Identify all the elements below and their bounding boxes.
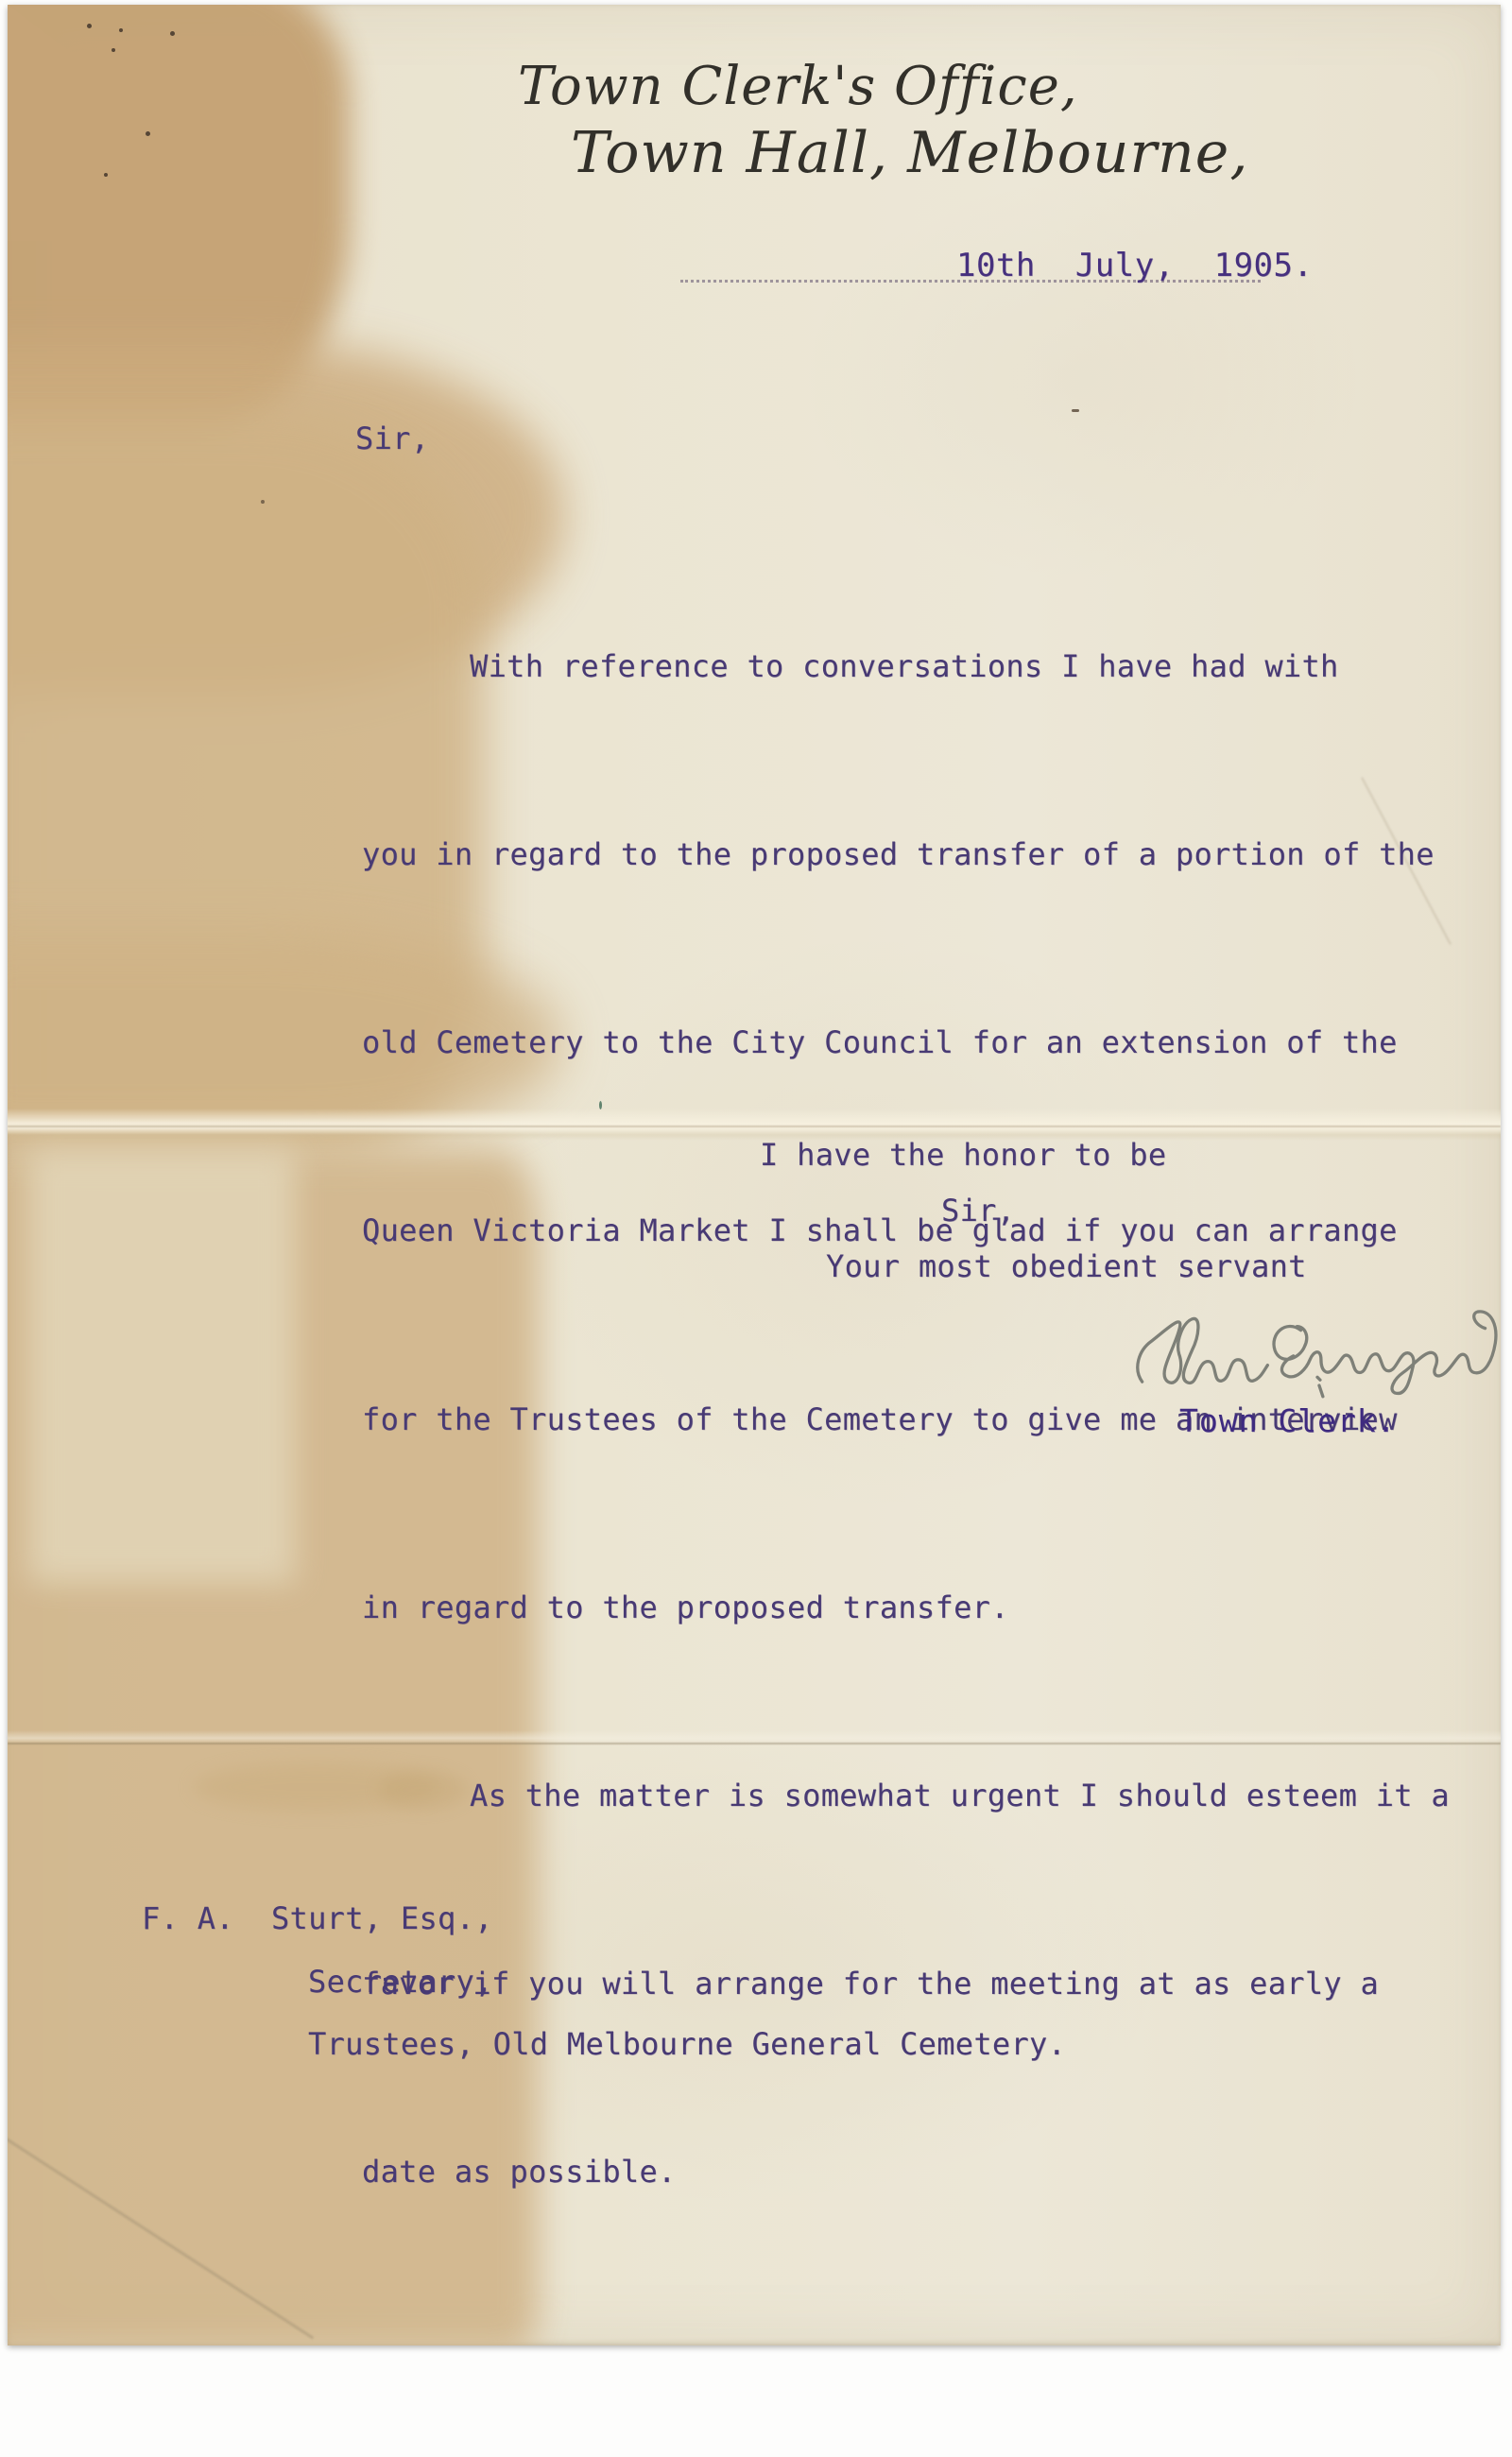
ink-speck: [146, 131, 150, 136]
recipient-organization: Trustees, Old Melbourne General Cemetery…: [308, 2026, 1066, 2062]
signature-handwriting: [1129, 1297, 1501, 1406]
corner-fold-highlight: [8, 5, 319, 241]
ink-speck: [87, 24, 92, 28]
salutation: Sir,: [355, 421, 429, 456]
ink-speck: [112, 48, 115, 52]
closing-servant-line: Your most obedient servant: [826, 1248, 1307, 1284]
light-patch: [28, 1150, 295, 1583]
recipient-role: Secretary,: [308, 1964, 493, 2000]
letterhead-location-line: Town Hall, Melbourne,: [571, 120, 1248, 186]
letterhead-office-line: Town Clerk's Office,: [518, 56, 1078, 117]
scan-background: Town Clerk's Office, Town Hall, Melbourn…: [0, 0, 1512, 2457]
fold-diagonal-bottom-left: [8, 2095, 314, 2339]
ink-speck: [170, 31, 175, 36]
ink-speck: [1072, 409, 1079, 412]
body-line: favor if you will arrange for the meetin…: [362, 1952, 1501, 2015]
body-line: you in regard to the proposed transfer o…: [362, 823, 1501, 885]
signer-title: Town Clerk.: [1179, 1402, 1397, 1439]
body-line: old Cemetery to the City Council for an …: [362, 1011, 1501, 1074]
ink-speck: [119, 28, 123, 32]
body-line: date as possible.: [362, 2140, 1501, 2203]
recipient-name: F. A. Sturt, Esq.,: [142, 1900, 493, 1936]
closing-honor-line: I have the honor to be: [760, 1137, 1166, 1173]
body-line: in regard to the proposed transfer.: [362, 1576, 1501, 1639]
date-text: 10th July, 1905.: [956, 247, 1313, 284]
ink-speck: [104, 173, 108, 177]
ink-speck: [261, 500, 265, 504]
closing-sir-line: Sir,: [941, 1193, 1015, 1228]
body-line: With reference to conversations I have h…: [362, 635, 1501, 697]
body-line: As the matter is somewhat urgent I shoul…: [362, 1764, 1501, 1827]
letter-page: Town Clerk's Office, Town Hall, Melbourn…: [8, 5, 1501, 2345]
